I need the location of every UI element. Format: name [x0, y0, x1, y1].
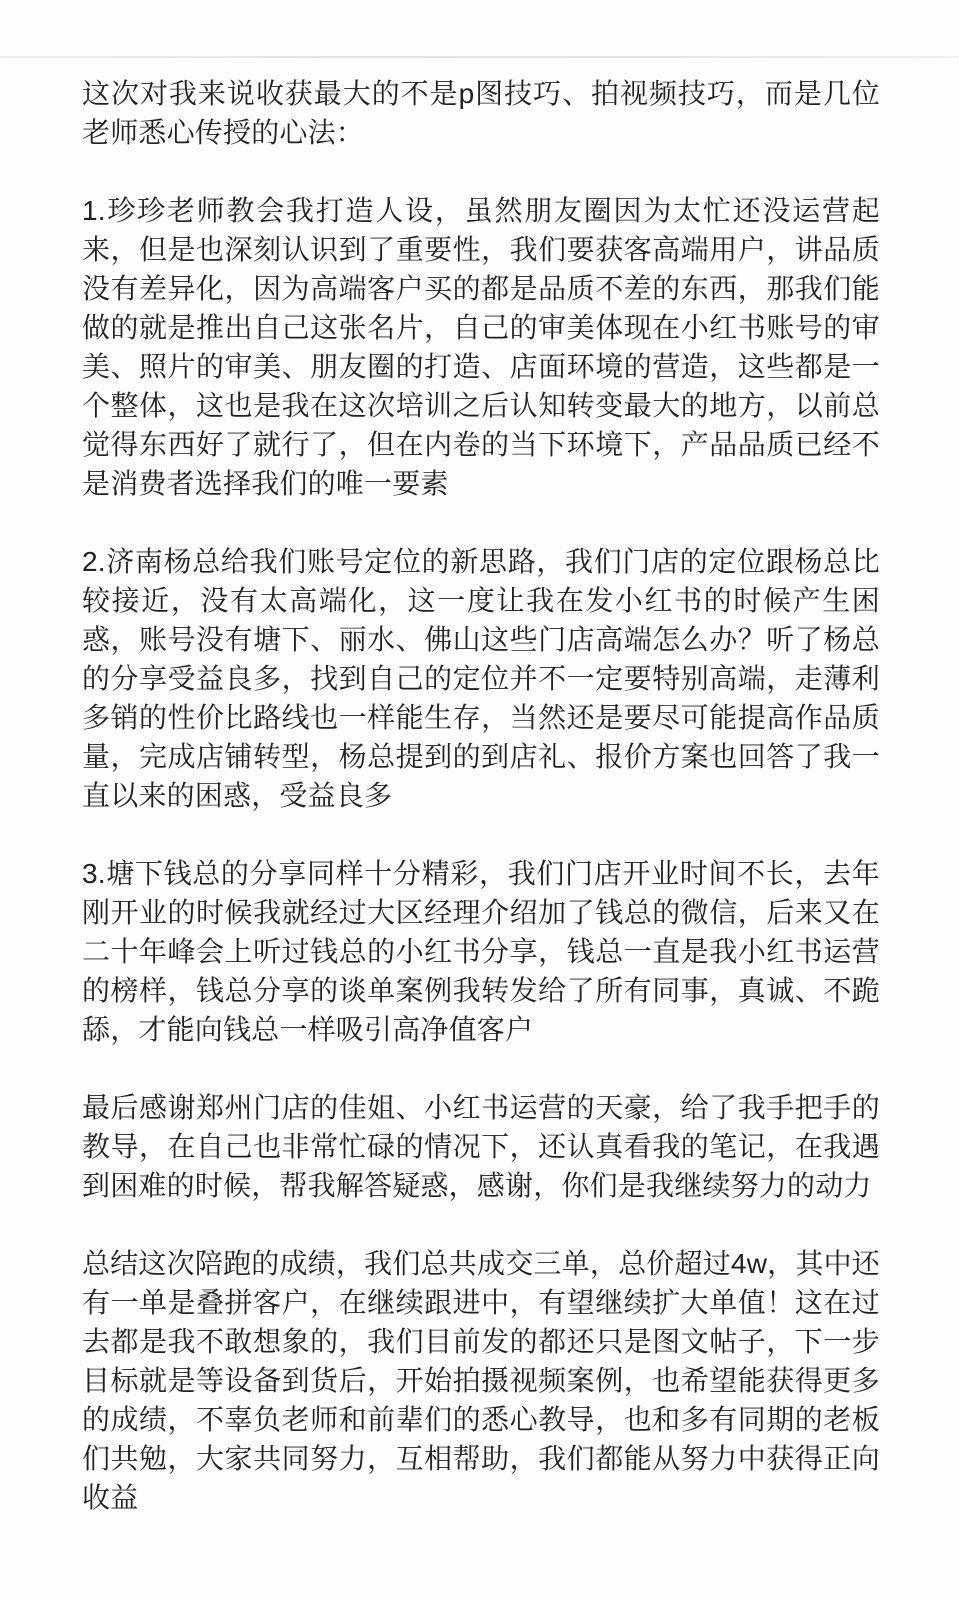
paragraph-thanks: 最后感谢郑州门店的佳姐、小红书运营的天豪，给了我手把手的教导，在自己也非常忙碌的…: [82, 1088, 880, 1205]
note-screenshot: 这次对我来说收获最大的不是p图技巧、拍视频技巧，而是几位老师悉心传授的心法： 1…: [0, 0, 959, 1600]
top-divider: [0, 56, 959, 58]
document-page: { "page": { "background_color": "#fdfdfc…: [0, 0, 959, 1600]
paragraph-point-3-tangxia-qian: 3.塘下钱总的分享同样十分精彩，我们门店开业时间不长，去年刚开业的时候我就经过大…: [82, 854, 880, 1049]
paragraph-point-2-jinan-yang: 2.济南杨总给我们账号定位的新思路，我们门店的定位跟杨总比较接近，没有太高端化，…: [82, 542, 880, 815]
note-body: 这次对我来说收获最大的不是p图技巧、拍视频技巧，而是几位老师悉心传授的心法： 1…: [82, 74, 880, 1517]
paragraph-summary-results: 总结这次陪跑的成绩，我们总共成交三单，总价超过4w，其中还有一单是叠拼客户，在继…: [82, 1244, 880, 1517]
paragraph-point-1-zhenzhen-teacher: 1.珍珍老师教会我打造人设，虽然朋友圈因为太忙还没运营起来，但是也深刻认识到了重…: [82, 191, 880, 503]
paragraph-intro: 这次对我来说收获最大的不是p图技巧、拍视频技巧，而是几位老师悉心传授的心法：: [82, 74, 880, 152]
